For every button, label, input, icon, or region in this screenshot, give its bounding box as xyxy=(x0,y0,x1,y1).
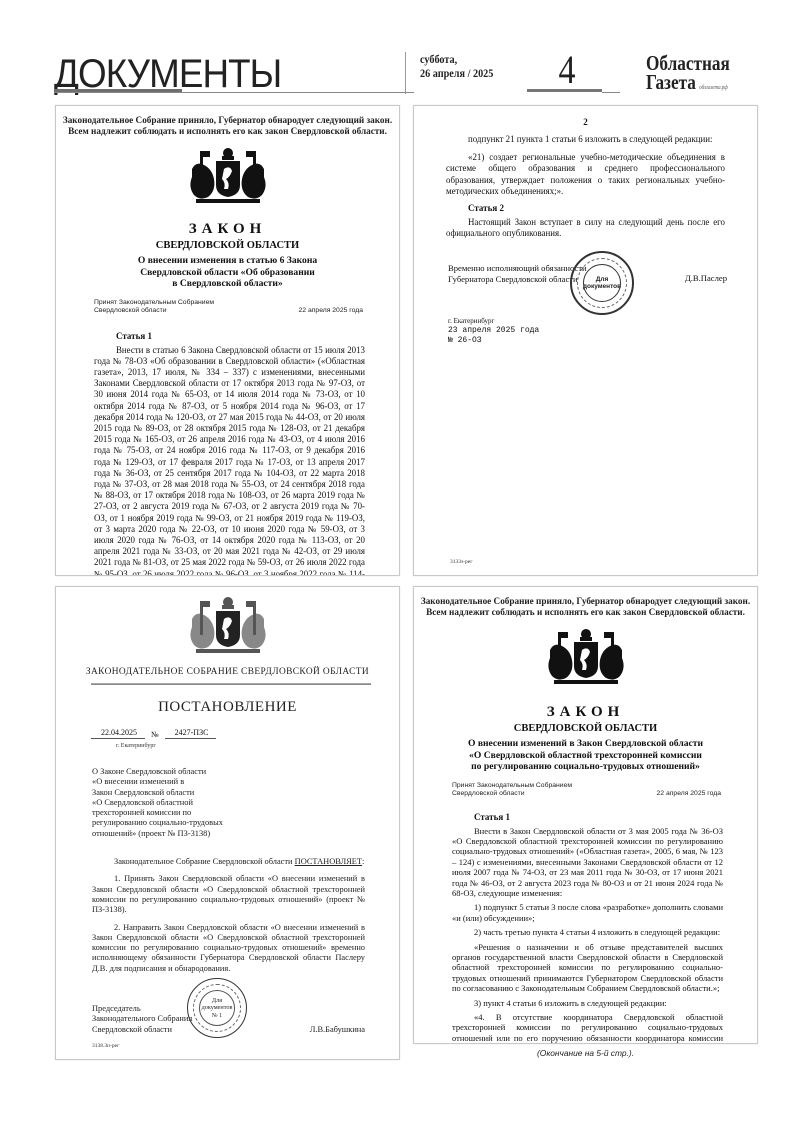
assembly-decree: ЗАКОНОДАТЕЛЬНОЕ СОБРАНИЕ СВЕРДЛОВСКОЙ ОБ… xyxy=(55,586,400,1060)
page-number: 4 xyxy=(559,50,576,90)
resolves-line: Законодательное Собрание Свердловской об… xyxy=(56,857,399,867)
footer-code: 3138.3п-рег xyxy=(92,1043,119,1049)
intro-line: Всем надлежит соблюдать и исполнять его … xyxy=(414,607,757,618)
adopted-by: Принят Законодательным Собранием xyxy=(94,299,214,307)
date: 26 апреля / 2025 xyxy=(420,66,493,80)
intro-line: Законодательное Собрание приняло, Губерн… xyxy=(414,596,757,607)
coat-of-arms-icon xyxy=(186,593,270,657)
decree-subject: О Законе Свердловской области «О внесени… xyxy=(92,767,399,839)
subject-line: Закон Свердловской области xyxy=(92,788,399,798)
decree-city: г. Екатеринбург xyxy=(116,743,399,749)
law-name: О внесении изменений в Закон Свердловско… xyxy=(414,738,757,773)
signing-info: г. Екатеринбург 23 апреля 2025 года № 26… xyxy=(448,316,757,346)
law-region: СВЕРДЛОВСКОЙ ОБЛАСТИ xyxy=(56,240,399,251)
stamp-text: Для xyxy=(202,997,233,1005)
assembly-name: ЗАКОНОДАТЕЛЬНОЕ СОБРАНИЕ СВЕРДЛОВСКОЙ ОБ… xyxy=(56,667,399,677)
signature-block: Председатель Законодательного Собрания С… xyxy=(92,1004,365,1035)
resolves-word: ПОСТАНОВЛЯЕТ xyxy=(295,857,362,866)
paragraph: подпункт 21 пункта 1 статьи 6 изложить в… xyxy=(414,134,757,145)
signatory-name: Л.В.Бабушкина xyxy=(310,1025,365,1035)
article-text: Внести в Закон Свердловской области от 3… xyxy=(414,826,757,899)
article-heading: Статья 2 xyxy=(468,203,757,213)
paragraph: «Решения о назначении и об отзыве предст… xyxy=(414,942,757,994)
law-name-line: О внесении изменения в статью 6 Закона xyxy=(56,255,399,267)
stamp-text: документов xyxy=(202,1004,233,1012)
weekday: суббота, xyxy=(420,52,493,66)
law-education-page1: Законодательное Собрание приняло, Губерн… xyxy=(55,105,400,576)
law-heading: ЗАКОН xyxy=(414,704,757,721)
adopted-by: Принят Законодательным Собранием xyxy=(452,782,572,790)
city: г. Екатеринбург xyxy=(448,316,757,326)
signatory-name: Д.В.Паслер xyxy=(685,273,727,284)
header-rule-right xyxy=(602,92,620,93)
law-education-page2: 2 подпункт 21 пункта 1 статьи 6 изложить… xyxy=(413,105,758,576)
subject-line: О Законе Свердловской области xyxy=(92,767,399,777)
intro-line: Всем надлежит соблюдать и исполнять его … xyxy=(56,126,399,137)
decree-meta: 22.04.2025 № 2427-ПЗС xyxy=(91,728,399,739)
logo-site: облгазета.рф xyxy=(699,85,728,91)
law-region: СВЕРДЛОВСКОЙ ОБЛАСТИ xyxy=(414,723,757,734)
official-stamp-icon: Для документов xyxy=(570,251,634,315)
paragraph: 1) подпункт 5 статьи 3 после слова «разр… xyxy=(414,902,757,923)
article-heading: Статья 1 xyxy=(116,331,399,341)
adoption-date: 22 апреля 2025 года xyxy=(657,790,722,798)
law-name-line: в Свердловской области» xyxy=(56,278,399,290)
section-title: ДОКУМЕНТЫ xyxy=(54,54,281,94)
official-stamp-icon: Для документов № 1 xyxy=(187,978,247,1038)
decree-title: ПОСТАНОВЛЕНИЕ xyxy=(56,699,399,716)
stamp-text: № 1 xyxy=(202,1012,233,1020)
subject-line: регулированию социально-трудовых xyxy=(92,818,399,828)
law-heading: ЗАКОН xyxy=(56,221,399,238)
logo-line2: Газета xyxy=(646,70,696,94)
newspaper-logo: Областная Газетаоблгазета.рф xyxy=(646,54,730,98)
stamp-text: документов xyxy=(583,283,621,291)
document-page-number: 2 xyxy=(414,117,757,127)
coat-of-arms-icon xyxy=(544,628,628,688)
signature-block: Временно исполняющий обязанности Губерна… xyxy=(414,263,757,284)
adoption-date: 22 апреля 2025 года xyxy=(299,307,364,315)
coat-of-arms-icon xyxy=(186,147,270,207)
header-divider xyxy=(405,52,406,94)
adoption-info: Принят Законодательным Собранием Свердло… xyxy=(414,782,757,798)
assembly-rule xyxy=(91,683,371,685)
subject-line: отношений» (проект № ПЗ-3138) xyxy=(92,829,399,839)
resolves-prefix: Законодательное Собрание Свердловской об… xyxy=(114,857,295,866)
paragraph: «21) создает региональные учебно-методич… xyxy=(414,152,757,197)
number-sign: № xyxy=(151,730,159,739)
header-rule xyxy=(54,92,414,93)
adoption-info: Принят Законодательным Собранием Свердло… xyxy=(56,299,399,315)
decree-number: 2427-ПЗС xyxy=(165,728,217,739)
page-header: ДОКУМЕНТЫ суббота, 26 апреля / 2025 4 Об… xyxy=(0,0,800,100)
law-name-line: О внесении изменений в Закон Свердловско… xyxy=(414,738,757,750)
continuation-note: (Окончание на 5-й стр.). xyxy=(413,1048,758,1058)
adopted-by: Свердловской области xyxy=(452,790,572,798)
article-text: Настоящий Закон вступает в силу на следу… xyxy=(414,217,757,239)
adopted-by: Свердловской области xyxy=(94,307,214,315)
subject-line: «О Свердловской областной xyxy=(92,798,399,808)
article-text: Внести в статью 6 Закона Свердловской об… xyxy=(56,345,399,577)
sign-date: 23 апреля 2025 года xyxy=(448,326,757,336)
resolves-suffix: : xyxy=(362,857,364,866)
footer-code: 3133з-рег xyxy=(450,559,472,565)
subject-line: трехсторонней комиссии по xyxy=(92,808,399,818)
paragraph: 2) часть третью пункта 4 статьи 4 изложи… xyxy=(414,927,757,937)
law-name: О внесении изменения в статью 6 Закона С… xyxy=(56,255,399,290)
article-heading: Статья 1 xyxy=(474,812,757,822)
issue-date: суббота, 26 апреля / 2025 xyxy=(420,52,493,80)
decree-date: 22.04.2025 xyxy=(91,728,145,739)
decree-item: 2. Направить Закон Свердловской области … xyxy=(56,923,399,974)
law-intro: Законодательное Собрание приняло, Губерн… xyxy=(414,596,757,618)
paragraph: 3) пункт 4 статьи 6 изложить в следующей… xyxy=(414,998,757,1008)
paragraph: «4. В отсутствие координатора Свердловск… xyxy=(414,1012,757,1044)
subject-line: «О внесении изменений в xyxy=(92,777,399,787)
page-number-underline xyxy=(527,89,602,92)
law-name-line: Свердловской области «Об образовании xyxy=(56,267,399,279)
decree-item: 1. Принять Закон Свердловской области «О… xyxy=(56,874,399,915)
stamp-text: Для xyxy=(583,276,621,284)
law-intro: Законодательное Собрание приняло, Губерн… xyxy=(56,115,399,137)
intro-line: Законодательное Собрание приняло, Губерн… xyxy=(56,115,399,126)
law-name-line: по регулированию социально-трудовых отно… xyxy=(414,761,757,773)
law-tripartite-commission: Законодательное Собрание приняло, Губерн… xyxy=(413,586,758,1044)
law-number: № 26-ОЗ xyxy=(448,336,757,346)
law-name-line: «О Свердловской областной трехсторонней … xyxy=(414,750,757,762)
